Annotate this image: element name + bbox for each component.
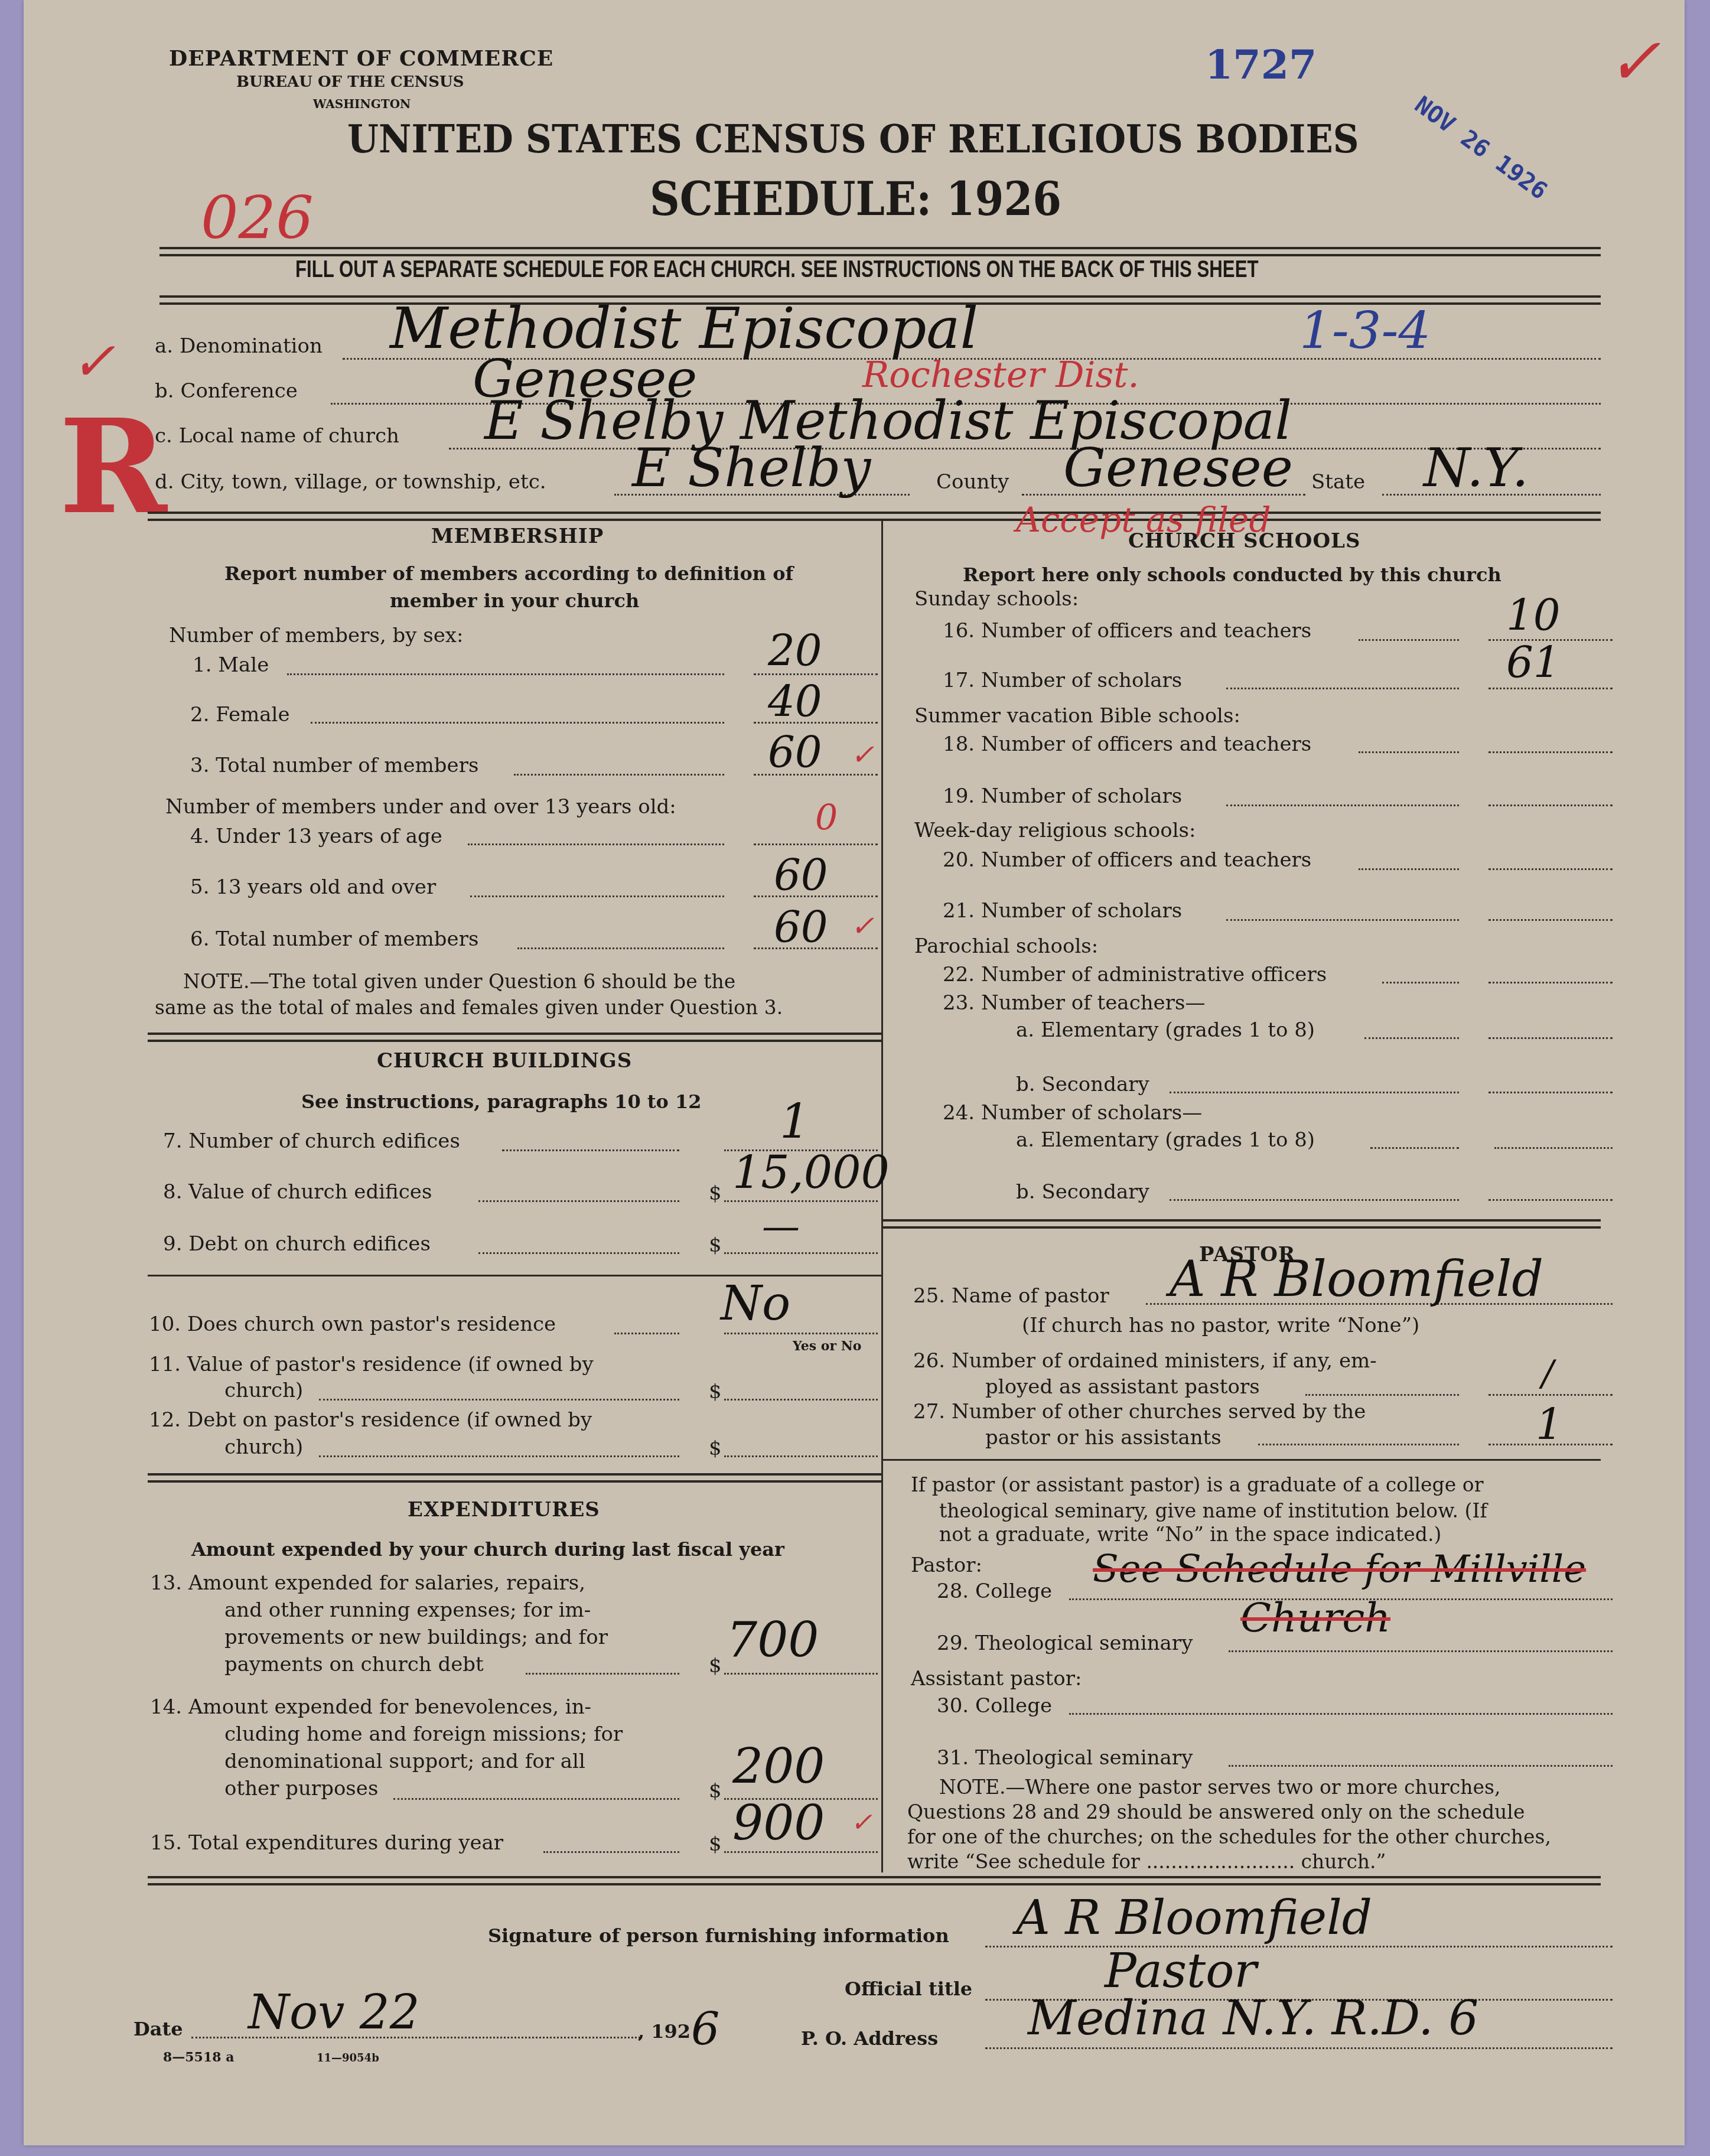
weekday-schools-label: Week-day religious schools:: [914, 819, 1196, 842]
weekday-scholars-field[interactable]: [1488, 919, 1613, 921]
assistant-subheading: Assistant pastor:: [911, 1667, 1082, 1691]
pastor-note: write “See schedule for ................…: [907, 1849, 1386, 1875]
teachers-elementary-field[interactable]: [1488, 1037, 1613, 1039]
weekday-officers-field[interactable]: [1488, 868, 1613, 870]
under-13-label: 4. Under 13 years of age: [190, 825, 442, 848]
pastor-name-hint: (If church has no pastor, write “None”): [1022, 1314, 1419, 1337]
red-check-mark: ✓: [851, 738, 874, 771]
other-churches-label: 27. Number of other churches served by t…: [913, 1400, 1366, 1424]
running-expenses-line: [526, 1673, 679, 1675]
edifices-debt-line: [478, 1252, 679, 1254]
teachers-secondary-field[interactable]: [1488, 1092, 1613, 1093]
running-expenses-line: [724, 1673, 878, 1675]
summer-scholars-field[interactable]: [1488, 805, 1613, 806]
assistant-seminary-field[interactable]: [1229, 1765, 1613, 1767]
scholars-elementary-label: a. Elementary (grades 1 to 8): [1016, 1128, 1315, 1152]
local-name-label: c. Local name of church: [155, 424, 399, 448]
sunday-schools-label: Sunday schools:: [914, 587, 1079, 611]
pastor-note: for one of the churches; on the schedule…: [907, 1824, 1551, 1850]
edifices-value-field[interactable]: 15,000: [732, 1146, 890, 1198]
total-members-age-field[interactable]: 60: [774, 903, 828, 952]
weekday-scholars-label: 21. Number of scholars: [943, 899, 1182, 923]
signature-field[interactable]: A R Bloomfield: [1016, 1890, 1372, 1945]
under-13-line: [754, 843, 878, 845]
edifices-value-line: [478, 1200, 679, 1202]
membership-note: NOTE.—The total given under Question 6 s…: [183, 969, 735, 995]
edifices-count-field[interactable]: 1: [780, 1094, 810, 1149]
edifices-count-label: 7. Number of church edifices: [163, 1129, 460, 1153]
teachers-secondary-label: b. Secondary: [1016, 1073, 1149, 1096]
total-members-age-label: 6. Total number of members: [190, 927, 478, 951]
residence-debt-line: [319, 1455, 679, 1457]
form-code: 11—9054b: [317, 2052, 379, 2064]
benevolences-label: other purposes: [224, 1777, 378, 1800]
county-label: County: [936, 470, 1009, 494]
other-churches-label: pastor or his assistants: [985, 1426, 1222, 1450]
under-13-field[interactable]: 0: [815, 797, 838, 839]
teachers-label: 23. Number of teachers—: [943, 991, 1205, 1015]
residence-debt-label: 12. Debt on pastor's residence (if owned…: [149, 1408, 592, 1432]
pastor-name-field[interactable]: A R Bloomfield: [1170, 1250, 1543, 1308]
stamp-number: 1727: [1205, 41, 1317, 89]
membership-subtitle: member in your church: [390, 590, 639, 612]
sunday-scholars-line: [1226, 688, 1459, 689]
owns-residence-line: [724, 1333, 878, 1334]
divider: [148, 1033, 881, 1035]
total-members-age-line: [517, 947, 724, 949]
pastor-seminary-field[interactable]: Church: [1240, 1595, 1390, 1642]
sunday-officers-label: 16. Number of officers and teachers: [943, 619, 1311, 643]
assistant-college-field[interactable]: [1069, 1713, 1613, 1715]
sunday-scholars-label: 17. Number of scholars: [943, 669, 1182, 692]
city-heading: WASHINGTON: [313, 97, 411, 111]
received-date-stamp: NOV 26 1926: [1409, 91, 1552, 205]
dollar-sign: $: [709, 1437, 722, 1460]
divider: [159, 247, 1601, 249]
buildings-subtitle: See instructions, paragraphs 10 to 12: [301, 1090, 702, 1113]
running-expenses-label: payments on church debt: [224, 1653, 484, 1676]
assistant-ministers-field[interactable]: /: [1542, 1353, 1553, 1394]
male-label: 1. Male: [193, 653, 269, 677]
scholars-secondary-field[interactable]: [1488, 1199, 1613, 1201]
assistant-ministers-line: [1305, 1394, 1459, 1396]
teachers-secondary-line: [1170, 1092, 1459, 1093]
running-expenses-label: provements or new buildings; and for: [224, 1626, 608, 1649]
bureau-heading: BUREAU OF THE CENSUS: [236, 73, 464, 91]
assistant-ministers-line: [1488, 1394, 1613, 1396]
parochial-schools-label: Parochial schools:: [914, 934, 1098, 958]
instruction-banner: FILL OUT A SEPARATE SCHEDULE FOR EACH CH…: [295, 256, 1259, 283]
graduate-note: not a graduate, write “No” in the space …: [939, 1522, 1441, 1548]
over-13-field[interactable]: 60: [774, 851, 828, 900]
denomination-code: 1-3-4: [1299, 301, 1431, 360]
schedule-year: SCHEDULE: 1926: [650, 172, 1061, 226]
dollar-sign: $: [709, 1380, 722, 1403]
residence-value-field: [724, 1399, 878, 1401]
form-title: UNITED STATES CENSUS OF RELIGIOUS BODIES: [347, 116, 1359, 162]
male-line: [287, 673, 724, 675]
signature-line: [985, 1946, 1613, 1947]
dollar-sign: $: [709, 1181, 722, 1205]
pastor-seminary-line: [1229, 1650, 1613, 1652]
residence-debt-label: church): [224, 1435, 303, 1459]
summer-scholars-label: 19. Number of scholars: [943, 784, 1182, 808]
divider: [148, 512, 1601, 514]
divider: [881, 1219, 1601, 1222]
year-field[interactable]: 6: [691, 2002, 719, 2055]
form-code: 8—5518 a: [163, 2050, 234, 2065]
city-field[interactable]: E Shelby: [632, 437, 871, 499]
total-expenditures-line: [543, 1851, 679, 1853]
year-prefix: , 192: [638, 2020, 690, 2043]
admin-officers-line: [1382, 982, 1459, 983]
benevolences-label: denominational support; and for all: [224, 1750, 585, 1773]
edifices-value-line: [724, 1200, 878, 1202]
schools-heading: CHURCH SCHOOLS: [1128, 529, 1361, 553]
sunday-scholars-line: [1488, 688, 1613, 689]
running-expenses-label: 13. Amount expended for salaries, repair…: [150, 1571, 585, 1595]
date-label: Date: [133, 2018, 183, 2040]
benevolences-label: cluding home and foreign missions; for: [224, 1722, 623, 1746]
yes-or-no-hint: Yes or No: [793, 1338, 862, 1354]
dollar-sign: $: [709, 1832, 722, 1856]
assistant-college-label: 30. College: [937, 1694, 1052, 1718]
divider: [881, 1459, 1601, 1461]
pastor-note: Questions 28 and 29 should be answered o…: [907, 1799, 1525, 1825]
scholars-label: 24. Number of scholars—: [943, 1101, 1202, 1125]
county-field[interactable]: Genesee: [1063, 437, 1293, 499]
admin-officers-label: 22. Number of administrative officers: [943, 963, 1327, 986]
edifices-value-label: 8. Value of church edifices: [163, 1180, 432, 1204]
teachers-elementary-line: [1364, 1037, 1459, 1039]
summer-officers-field[interactable]: [1488, 751, 1613, 753]
benevolences-label: 14. Amount expended for benevolences, in…: [150, 1695, 591, 1719]
red-check-mark: ✓: [1607, 24, 1661, 99]
summer-officers-line: [1359, 751, 1459, 753]
over-13-label: 5. 13 years old and over: [190, 875, 436, 899]
red-check-mark: ✓: [851, 1807, 872, 1838]
weekday-officers-label: 20. Number of officers and teachers: [943, 848, 1311, 872]
edifices-debt-label: 9. Debt on church edifices: [163, 1232, 431, 1256]
pastor-college-label: 28. College: [937, 1579, 1052, 1603]
red-code: 026: [201, 183, 314, 252]
red-check-mark: ✓: [851, 910, 874, 943]
pastor-name-label: 25. Name of pastor: [913, 1284, 1109, 1308]
schools-subtitle: Report here only schools conducted by th…: [963, 564, 1501, 586]
total-members-line: [514, 774, 724, 776]
residence-value-label: 11. Value of pastor's residence (if owne…: [149, 1353, 594, 1376]
sunday-officers-line: [1359, 639, 1459, 641]
over-13-line: [470, 895, 724, 897]
owns-residence-field[interactable]: No: [721, 1276, 790, 1331]
benevolences-field[interactable]: 200: [732, 1739, 825, 1795]
date-field[interactable]: Nov 22: [248, 1985, 420, 2040]
total-expenditures-label: 15. Total expenditures during year: [150, 1831, 503, 1855]
department-heading: DEPARTMENT OF COMMERCE: [169, 46, 553, 71]
pastor-college-field[interactable]: See Schedule for Millville: [1093, 1548, 1586, 1591]
by-age-label: Number of members under and over 13 year…: [165, 795, 676, 819]
scholars-elementary-line: [1370, 1147, 1459, 1149]
under-13-line: [468, 843, 724, 845]
conference-label: b. Conference: [155, 379, 298, 403]
po-address-field[interactable]: Medina N.Y. R.D. 6: [1028, 1991, 1478, 2046]
pastor-seminary-label: 29. Theological seminary: [937, 1631, 1193, 1655]
divider: [148, 1876, 1601, 1878]
scholars-elementary-field[interactable]: [1494, 1147, 1613, 1149]
membership-note: same as the total of males and females g…: [155, 995, 783, 1021]
weekday-scholars-line: [1226, 919, 1459, 921]
owns-residence-label: 10. Does church own pastor's residence: [149, 1313, 556, 1336]
residence-value-line: [319, 1399, 679, 1401]
summer-schools-label: Summer vacation Bible schools:: [914, 704, 1240, 728]
total-expenditures-field[interactable]: 900: [732, 1796, 825, 1852]
by-sex-label: Number of members, by sex:: [169, 624, 463, 647]
weekday-officers-line: [1359, 868, 1459, 870]
residence-debt-field[interactable]: [724, 1455, 878, 1457]
edifices-debt-line: [724, 1252, 878, 1254]
sunday-scholars-field[interactable]: 61: [1506, 638, 1561, 688]
city-label: d. City, town, village, or township, etc…: [155, 470, 546, 494]
buildings-heading: CHURCH BUILDINGS: [377, 1049, 632, 1073]
total-members-field[interactable]: 60: [768, 728, 822, 777]
scholars-secondary-line: [1170, 1199, 1459, 1201]
pastor-subheading: Pastor:: [911, 1554, 982, 1577]
male-field[interactable]: 20: [768, 626, 822, 676]
teachers-elementary-label: a. Elementary (grades 1 to 8): [1016, 1018, 1315, 1042]
red-check-mark: ✓: [71, 331, 115, 393]
divider: [148, 1473, 881, 1476]
sunday-officers-field[interactable]: 10: [1506, 591, 1561, 640]
edifices-count-line: [502, 1149, 679, 1151]
benevolences-line: [393, 1798, 679, 1800]
running-expenses-label: and other running expenses; for im-: [224, 1598, 591, 1622]
expenditures-heading: EXPENDITURES: [408, 1498, 600, 1522]
pastor-note: NOTE.—Where one pastor serves two or mor…: [939, 1774, 1501, 1800]
assistant-seminary-label: 31. Theological seminary: [937, 1746, 1193, 1770]
census-schedule-sheet: DEPARTMENT OF COMMERCE BUREAU OF THE CEN…: [24, 0, 1685, 2145]
expenditures-subtitle: Amount expended by your church during la…: [191, 1538, 784, 1561]
running-expenses-field[interactable]: 700: [727, 1613, 819, 1669]
membership-subtitle: Report number of members according to de…: [224, 562, 793, 585]
dollar-sign: $: [709, 1779, 722, 1803]
residence-value-label: church): [224, 1379, 303, 1402]
owns-residence-line: [614, 1333, 679, 1334]
female-label: 2. Female: [190, 703, 290, 727]
assistant-ministers-label: ployed as assistant pastors: [985, 1375, 1260, 1399]
state-label: State: [1311, 470, 1365, 494]
po-address-line: [985, 2047, 1613, 2049]
assistant-ministers-label: 26. Number of ordained ministers, if any…: [913, 1349, 1377, 1373]
state-field[interactable]: N.Y.: [1424, 437, 1529, 499]
graduate-note: theological seminary, give name of insti…: [939, 1498, 1487, 1524]
dollar-sign: $: [709, 1233, 722, 1257]
graduate-note: If pastor (or assistant pastor) is a gra…: [911, 1472, 1483, 1498]
female-field[interactable]: 40: [768, 677, 822, 727]
membership-heading: MEMBERSHIP: [431, 525, 604, 548]
female-line: [311, 722, 724, 724]
dollar-sign: $: [709, 1654, 722, 1678]
other-churches-line: [1258, 1444, 1459, 1445]
other-churches-field[interactable]: 1: [1536, 1400, 1563, 1450]
po-address-label: P. O. Address: [801, 2027, 938, 2050]
scholars-secondary-label: b. Secondary: [1016, 1180, 1149, 1204]
denomination-label: a. Denomination: [155, 334, 323, 358]
signature-label: Signature of person furnishing informati…: [488, 1924, 949, 1947]
admin-officers-field[interactable]: [1488, 982, 1613, 983]
official-title-label: Official title: [845, 1978, 972, 2000]
edifices-debt-field[interactable]: —: [762, 1205, 800, 1249]
total-members-label: 3. Total number of members: [190, 754, 478, 777]
summer-scholars-line: [1226, 805, 1459, 806]
summer-officers-label: 18. Number of officers and teachers: [943, 732, 1311, 756]
